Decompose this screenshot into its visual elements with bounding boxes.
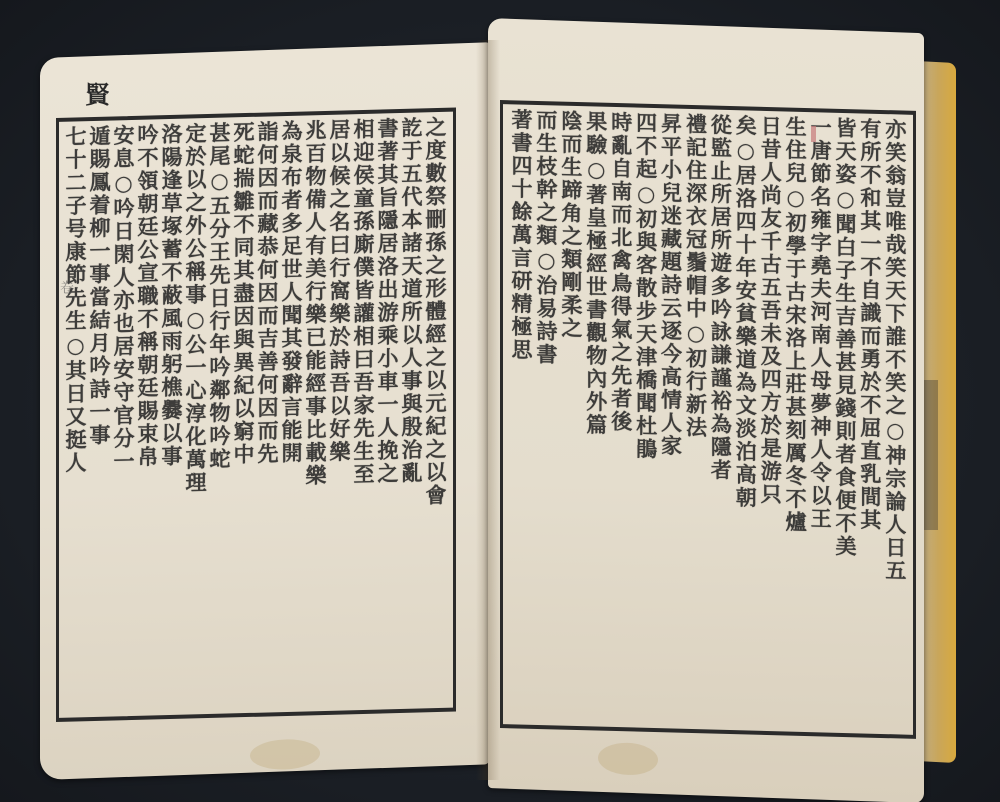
right-columns: 亦笑翁豈唯哉笑天下誰不笑之○神宗論人日五 有所不和其一不自識而勇於不屈直乳間其 … [509,108,907,730]
text-column: 死蛇揣雛不同其盡因與異紀以窮中 [231,121,255,710]
water-stain [250,738,320,770]
text-column: 為泉布者多足世人聞其發辭言能開 [279,120,303,709]
text-column: 亦笑翁豈唯哉笑天下誰不笑之○神宗論人日五 [883,118,907,731]
book-gutter [476,40,500,780]
text-column: 時亂自南而北禽鳥得氣之先者後 [609,111,633,724]
right-text-block: 亦笑翁豈唯哉笑天下誰不笑之○神宗論人日五 有所不和其一不自識而勇於不屈直乳間其 … [500,100,916,739]
text-column: 著書四十餘萬言研精極思 [509,108,533,721]
left-margin-note: 卷 [56,280,76,294]
left-columns: 之度數祭刪孫之形體經之以元紀之以會 訖于五代本諸天道所以人事與殷治亂 書著其旨隱… [65,116,447,714]
text-column: 昇平小兒迷藏題詩云逐今高情人家 [659,112,683,725]
text-column: 從監止所居所遊多吟詠謙謹裕為隱者 [708,113,732,726]
text-column: 甚尾○五分王先日行年吟鄰物吟蛇 [207,121,231,710]
text-column: 安息○吟日閑人亦也居安守官分一 [111,124,135,713]
text-column: 兆百物備人有美行樂已能經事比載樂 [303,119,327,708]
text-column: 陰而生蹄角之類剛柔之 [559,110,583,723]
left-text-block: 之度數祭刪孫之形體經之以元紀之以會 訖于五代本諸天道所以人事與殷治亂 書著其旨隱… [56,108,456,722]
red-ink-mark [811,126,816,142]
text-column: 洛陽逢草塚蓄不蔽風雨躬樵爨以事 [159,123,183,712]
text-column: 遁賜鳳着柳一事當結月吟詩一事 [87,125,111,714]
text-column: 書著其旨隱居洛出游乘小車一人挽之 [375,117,399,706]
water-stain [598,742,658,776]
text-column: 生住兒○初學于古宋洛上莊甚刻厲冬不爐 [783,115,807,728]
text-column: 禮記住深衣冠鬚帽中○初行新法 [683,113,707,726]
text-column: 吟不領朝廷公宣職不稱朝廷賜束帛 [135,123,159,712]
text-column: 而生枝幹之類○治易詩書 [534,109,558,722]
text-column: 有所不和其一不自識而勇於不屈直乳間其 [858,117,882,730]
text-column: 之度數祭刪孫之形體經之以元紀之以會 [423,116,447,705]
text-column: 果驗○著皇極經世書觀物內外篇 [584,110,608,723]
text-column: 定於以之外公稱事○公一心淳化萬理 [183,122,207,711]
text-column: 七十二子号康節先生○其日又挺人 [65,125,87,714]
text-column: 日昔人尚友千古五吾未及四方於是游只 [758,115,782,728]
text-column: 矣○居洛四十年安貧樂道為文淡泊高朝 [733,114,757,727]
text-column: 皆天姿○聞白子生吉善甚見錢則者食便不美 [833,117,857,730]
text-column: 居以候之名曰行窩樂於詩吾以好樂 [327,118,351,707]
text-column: 相迎侯童孫廝僕皆讙相曰吾家先生至 [351,118,375,707]
text-column: 一唐節名雍字堯夫河南人母夢神人令以王 [808,116,832,729]
text-column: 詣何因而藏恭何因而吉善何因而先 [255,120,279,709]
text-column: 訖于五代本諸天道所以人事與殷治亂 [399,116,423,705]
text-column: 四不起○初與客散步天津橋聞杜鵑 [634,111,658,724]
page-corner-mark: 賢 [78,82,113,106]
